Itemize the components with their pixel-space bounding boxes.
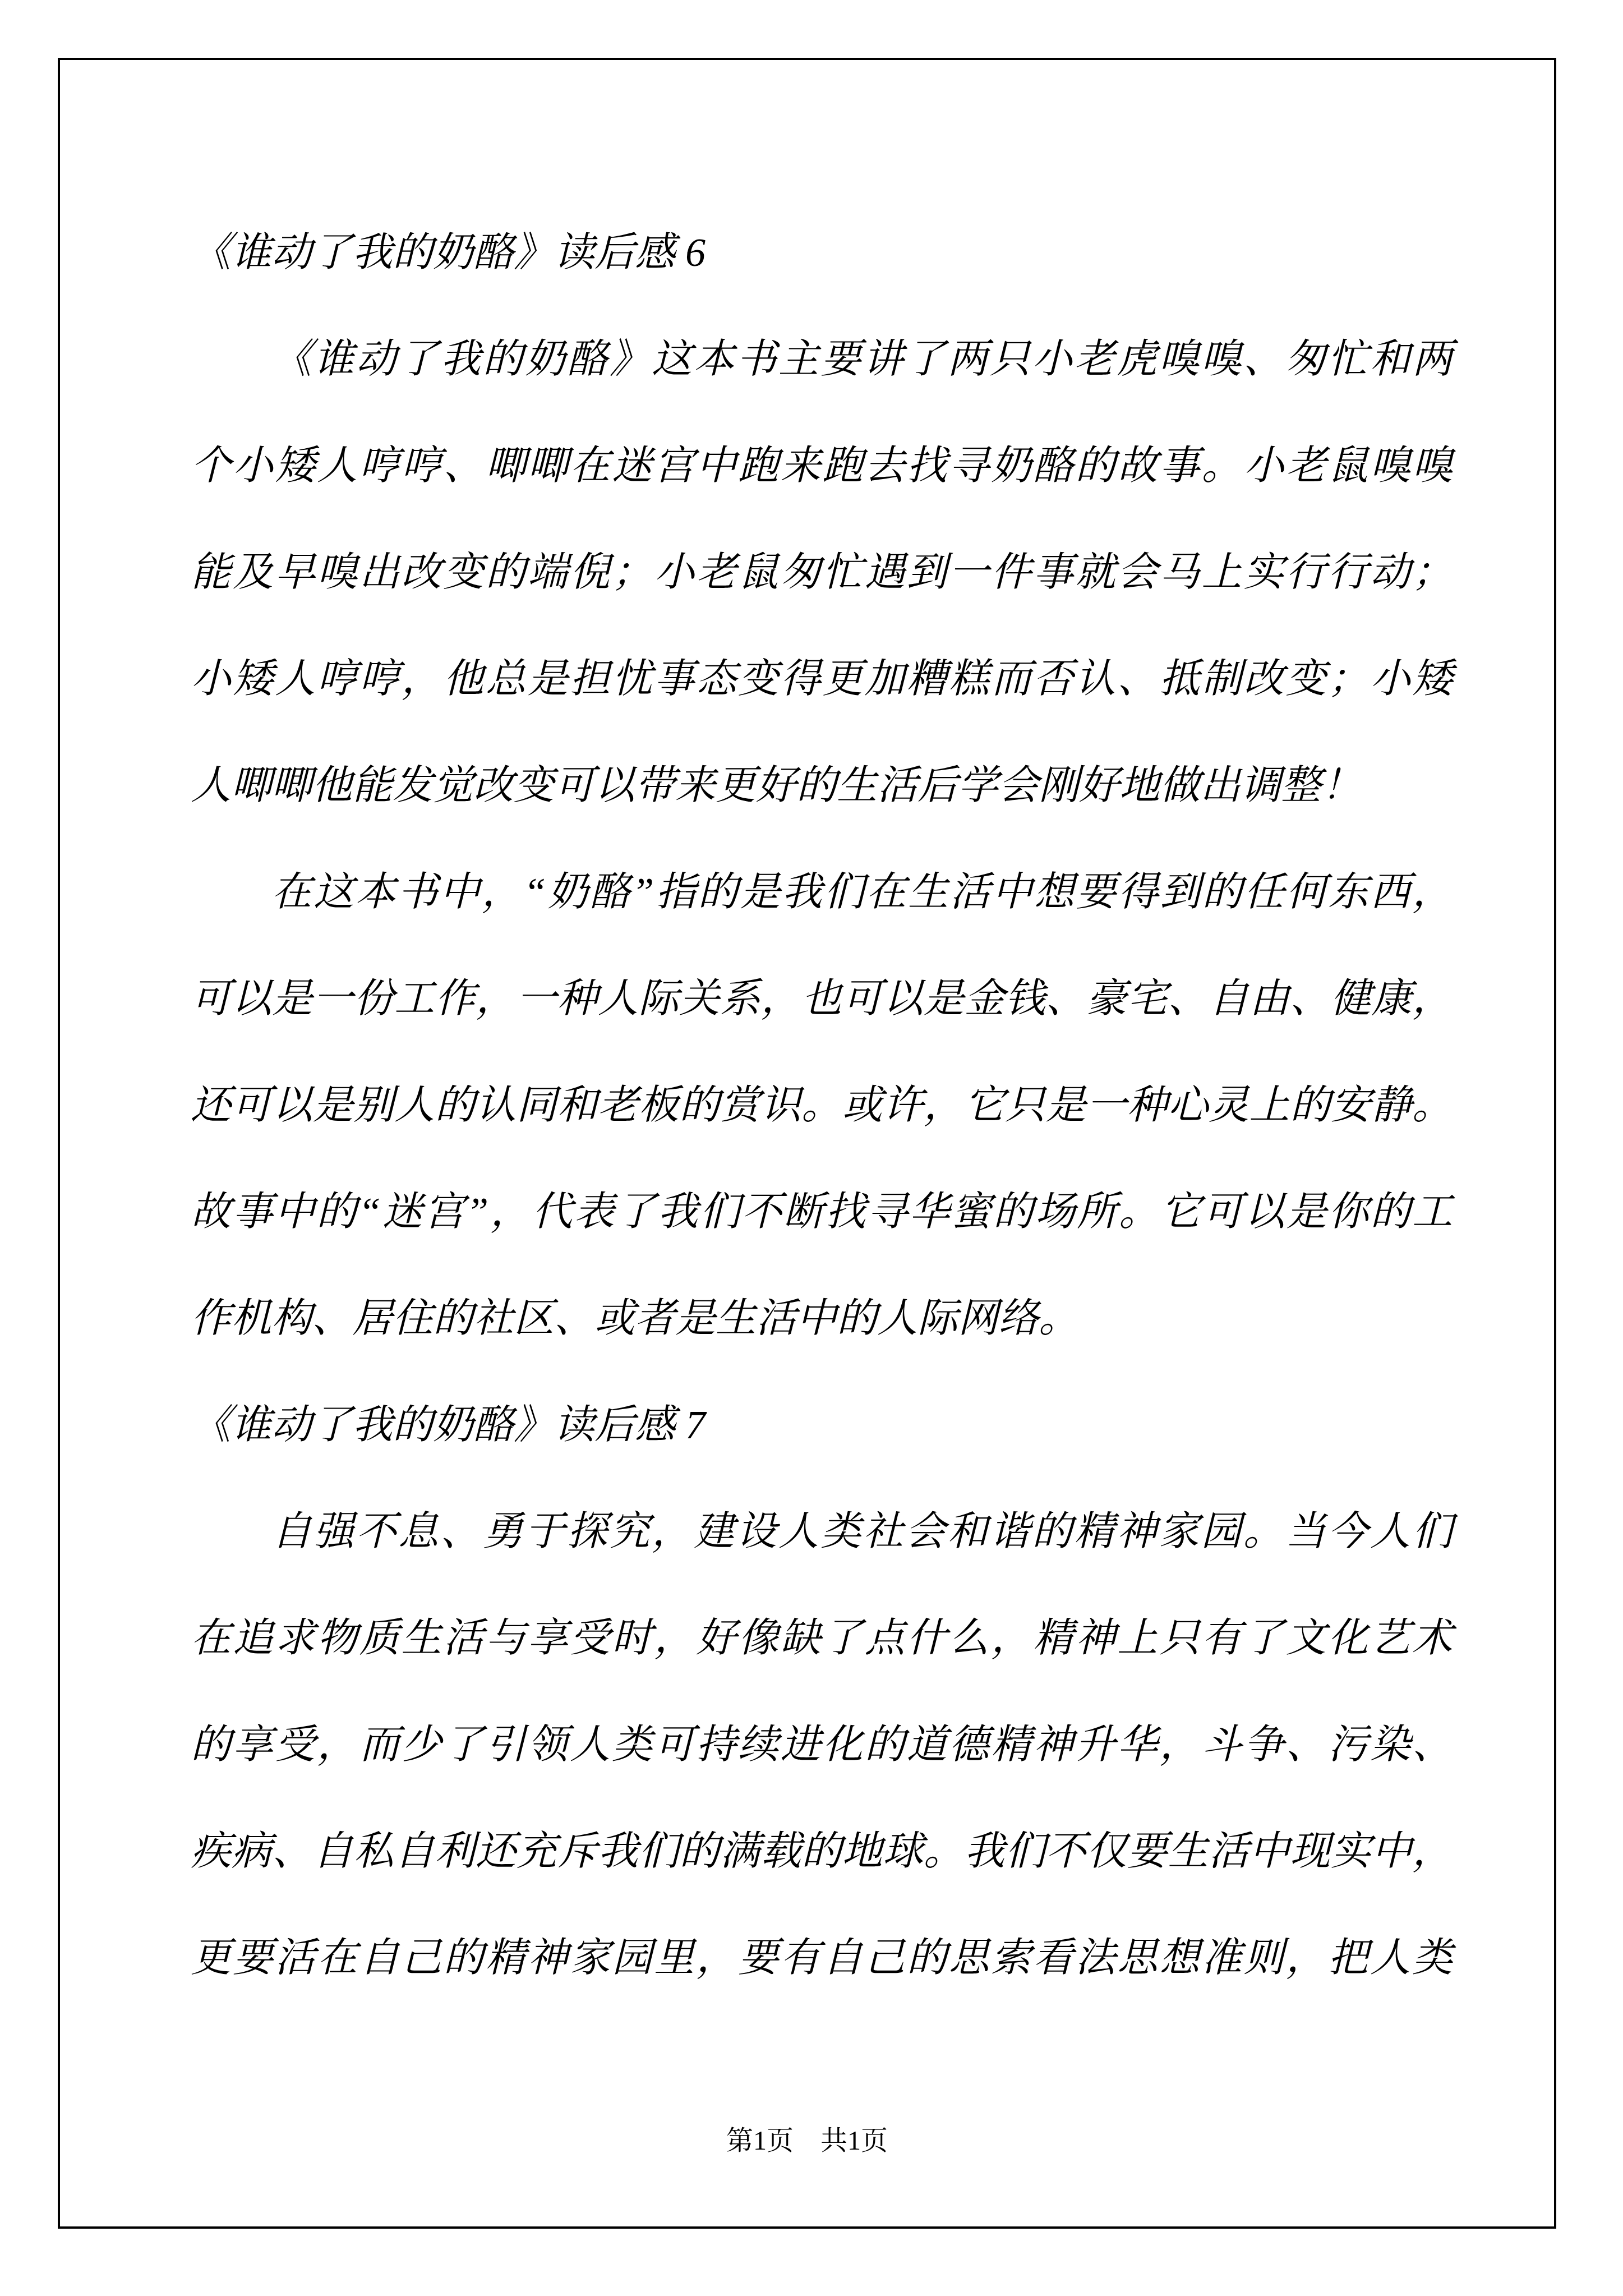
text-line: 作机构、居住的社区、或者是生活中的人际网络。 [191,1265,1453,1372]
text-line: 还可以是别人的认同和老板的赏识。或许，它只是一种心灵上的安静。 [191,1052,1453,1158]
page-number: 第1页 共1页 [726,2126,888,2156]
text-line: 在追求物质生活与享受时，好像缺了点什么，精神上只有了文化艺术 [191,1585,1453,1691]
text-line: 自强不息、勇于探究，建设人类社会和谐的精神家园。当今人们 [191,1478,1453,1585]
text-line: 可以是一份工作，一种人际关系，也可以是金钱、豪宅、自由、健康， [191,945,1453,1052]
document-content: 《谁动了我的奶酪》读后感 6《谁动了我的奶酪》这本书主要讲了两只小老虎嗅嗅、匆忙… [191,199,1453,2011]
text-line: 在这本书中，“奶酪”指的是我们在生活中想要得到的任何东西， [191,839,1453,945]
section-heading: 《谁动了我的奶酪》读后感 6 [191,199,1453,306]
text-line: 能及早嗅出改变的端倪；小老鼠匆忙遇到一件事就会马上实行行动； [191,519,1453,625]
page-border: 《谁动了我的奶酪》读后感 6《谁动了我的奶酪》这本书主要讲了两只小老虎嗅嗅、匆忙… [58,58,1556,2229]
text-line: 小矮人哼哼，他总是担忧事态变得更加糟糕而否认、抵制改变；小矮 [191,625,1453,732]
text-line: 更要活在自己的精神家园里，要有自己的思索看法思想准则，把人类 [191,1904,1453,2011]
text-line: 人唧唧他能发觉改变可以带来更好的生活后学会刚好地做出调整！ [191,732,1453,839]
section-heading: 《谁动了我的奶酪》读后感 7 [191,1372,1453,1478]
text-line: 故事中的“迷宫”，代表了我们不断找寻华蜜的场所。它可以是你的工 [191,1158,1453,1265]
text-line: 的享受，而少了引领人类可持续进化的道德精神升华，斗争、污染、 [191,1691,1453,1798]
page-footer: 第1页 共1页 [60,2124,1554,2158]
text-line: 疾病、自私自利还充斥我们的满载的地球。我们不仅要生活中现实中， [191,1798,1453,1904]
text-line: 个小矮人哼哼、唧唧在迷宫中跑来跑去找寻奶酪的故事。小老鼠嗅嗅 [191,412,1453,519]
text-line: 《谁动了我的奶酪》这本书主要讲了两只小老虎嗅嗅、匆忙和两 [191,306,1453,412]
